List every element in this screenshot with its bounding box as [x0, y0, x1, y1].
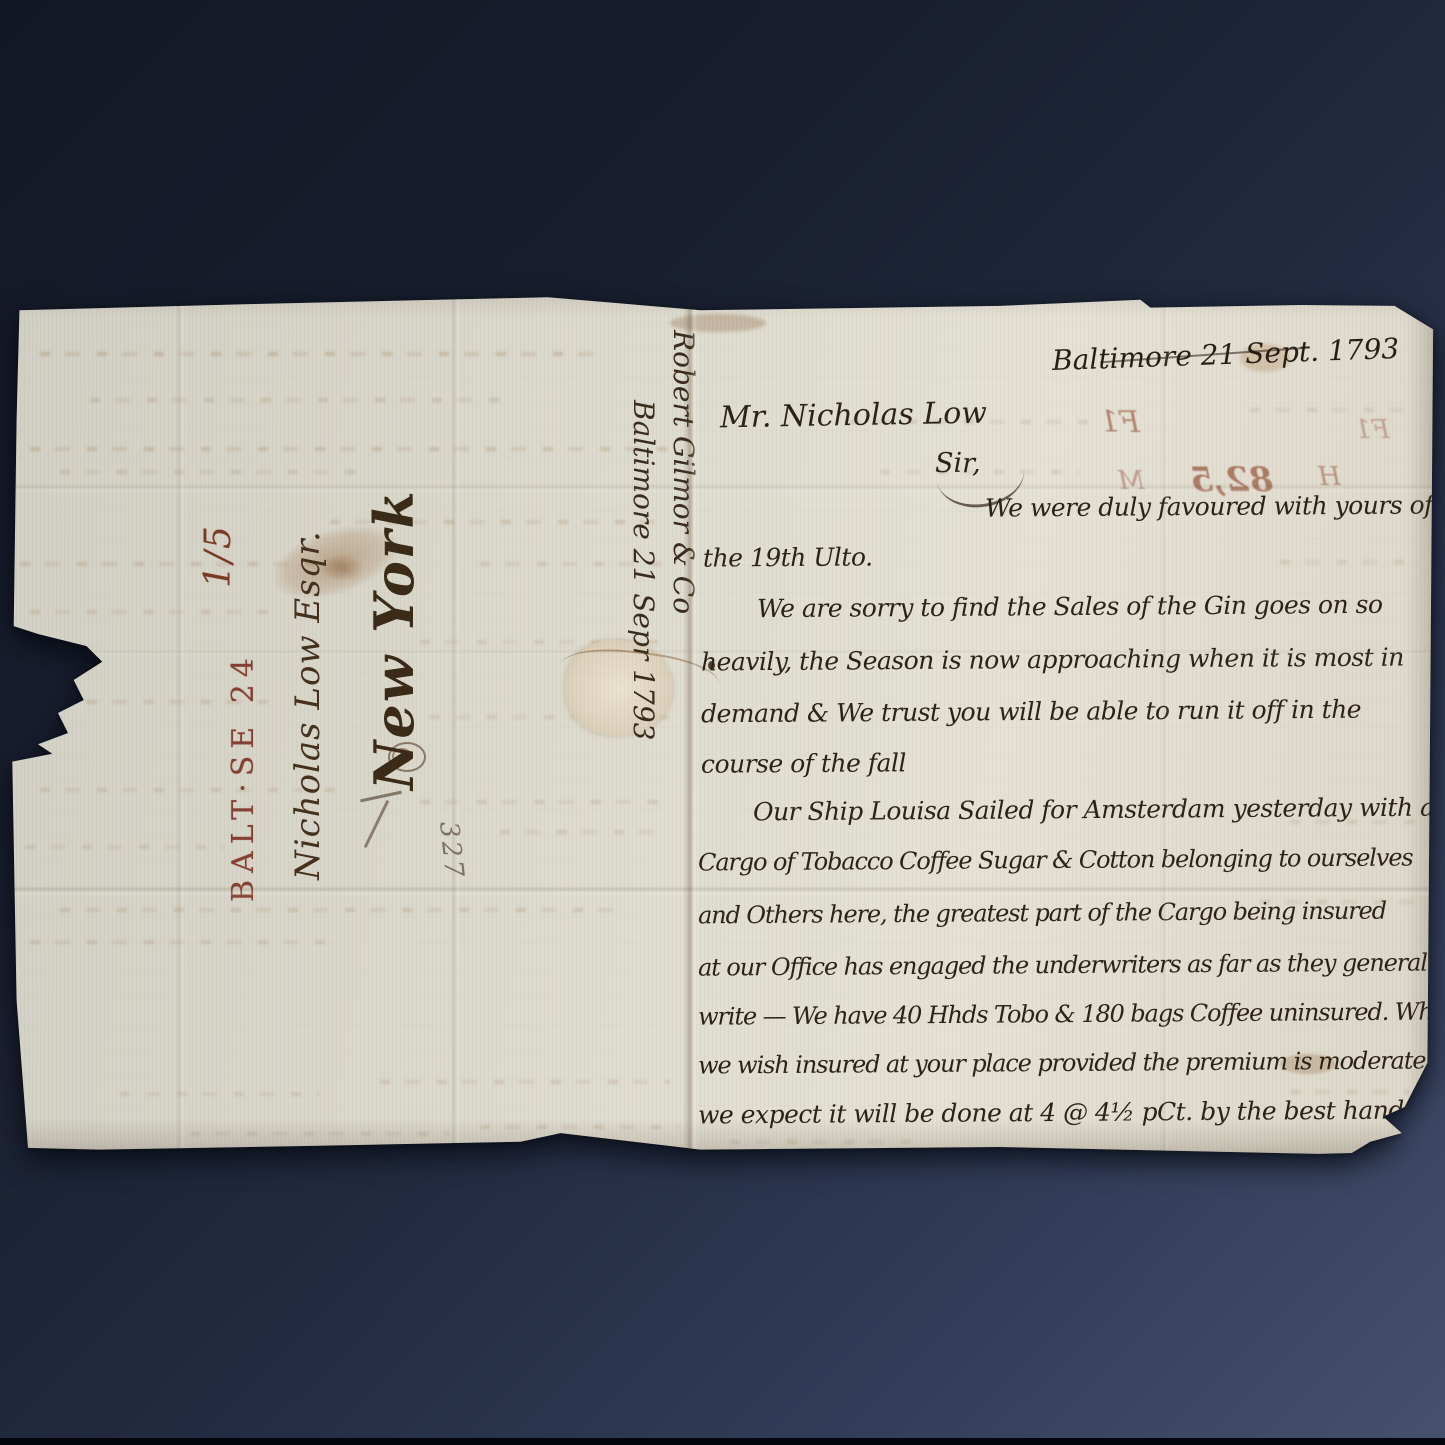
letter-line: demand & We trust you will be able to ru…: [701, 695, 1361, 729]
letter-salutation: Sir,: [935, 448, 981, 479]
mirror-mark: F1: [1100, 405, 1140, 440]
bleedthrough-line: [30, 940, 330, 944]
bleedthrough-line: [1290, 1090, 1410, 1094]
bleedthrough-line: [40, 352, 600, 356]
letter-line: the 19th Ulto.: [703, 542, 873, 572]
letter-recipient: Mr. Nicholas Low: [720, 396, 988, 436]
endorsement-line1: Robert Gilmor & Co: [663, 330, 703, 740]
letter-dateline: Baltimore 21 Sept. 1793: [1052, 332, 1400, 377]
bleedthrough-line: [190, 1132, 450, 1136]
bleedthrough-line: [730, 1140, 910, 1144]
bleedthrough-line: [25, 845, 225, 849]
flourish-stroke: [360, 791, 402, 803]
letter-line: Cargo of Tobacco Coffee Sugar & Cotton b…: [698, 844, 1413, 877]
mirror-mark: H: [1318, 462, 1341, 492]
letter-line: write — We have 40 Hhds Tobo & 180 bags …: [698, 997, 1445, 1030]
addressee-name: Nicholas Low Esqr.: [288, 530, 328, 880]
bleedthrough-line: [1250, 408, 1420, 412]
bleedthrough-line: [380, 1080, 670, 1084]
letter-paper-wrapper: F1 F1 82,5 M H 1/5 BALT·SE 24 Nicholas L…: [0, 0, 1445, 1445]
letter-line: Our Ship Louisa Sailed for Amsterdam yes…: [753, 793, 1435, 827]
letter-line: heavily, the Season is now approaching w…: [701, 643, 1404, 677]
bleedthrough-line: [60, 908, 620, 912]
letter-line: and Others here, the greatest part of th…: [698, 897, 1386, 930]
bleedthrough-line: [60, 470, 360, 474]
mirror-mark: F1: [1355, 415, 1390, 445]
letter-line: We are sorry to find the Sales of the Gi…: [757, 590, 1383, 623]
endorsement-block: Robert Gilmor & Co Baltimore 21 Sepr 179…: [623, 330, 703, 740]
bleedthrough-line: [1280, 560, 1420, 564]
endorsement-line2: Baltimore 21 Sepr 1793: [623, 330, 663, 740]
bleedthrough-line: [30, 610, 270, 614]
postmark-stamp: BALT·SE 24: [226, 651, 261, 902]
bleedthrough-line: [120, 1092, 320, 1096]
letter-line: we expect it will be done at 4 @ 4½ pCt.…: [698, 1096, 1404, 1130]
bleedthrough-line: [500, 830, 670, 834]
letter-line: We were duly favoured with yours of: [985, 490, 1433, 522]
postal-rate: 1/5: [198, 524, 239, 588]
letter-paper: F1 F1 82,5 M H 1/5 BALT·SE 24 Nicholas L…: [8, 292, 1436, 1160]
file-number: 327: [433, 820, 469, 881]
letter-line: course of the fall: [701, 748, 906, 778]
photo-background: F1 F1 82,5 M H 1/5 BALT·SE 24 Nicholas L…: [0, 0, 1445, 1445]
destination-city: New York: [362, 489, 426, 790]
bleedthrough-line: [420, 800, 670, 804]
bleedthrough-line: [90, 398, 510, 402]
flourish-stroke: [364, 800, 389, 848]
bleedthrough-line: [30, 447, 670, 451]
bleedthrough-line: [20, 562, 320, 566]
letter-line: we wish insured at your place provided t…: [698, 1046, 1426, 1079]
bleedthrough-line: [480, 1125, 680, 1129]
letter-line: at our Office has engaged the underwrite…: [698, 948, 1445, 981]
